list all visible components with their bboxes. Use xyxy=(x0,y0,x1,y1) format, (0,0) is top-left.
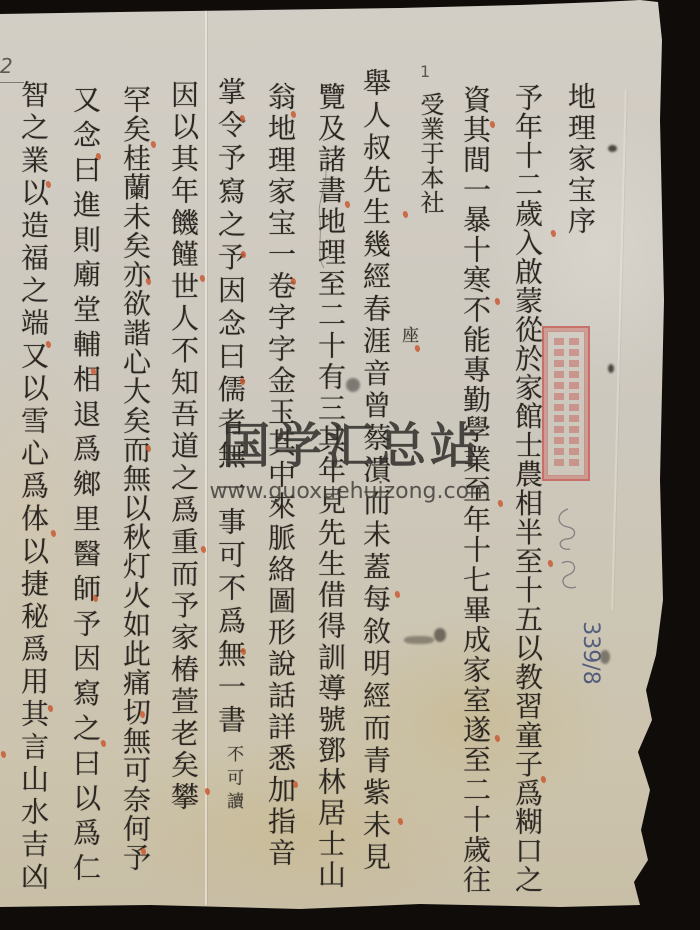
red-punctuation-mark xyxy=(394,590,401,598)
ink-stain xyxy=(608,145,617,152)
paper-crease xyxy=(611,90,627,610)
text-column-9: 罕矣桂蘭未矣亦欲諧心大矣而無以秋灯火如此痛切無可奈何予 xyxy=(118,85,152,871)
seal-glyphs xyxy=(569,338,579,469)
watermark-url: www.guoxuehuizong.com xyxy=(200,478,500,506)
seal-glyphs xyxy=(554,338,564,469)
catalog-mark: 339/8 xyxy=(577,608,603,698)
red-punctuation-mark xyxy=(550,229,557,237)
page-number: 2 xyxy=(0,54,13,78)
interlinear-note: 不可讀 xyxy=(223,745,243,809)
ink-stain xyxy=(346,378,360,392)
text-column-1: 予年十二歲入啟蒙從於家館士農相半至十五以教習童子爲糊口之 xyxy=(510,83,544,893)
red-punctuation-mark xyxy=(494,734,501,742)
red-punctuation-mark xyxy=(402,210,409,218)
library-seal xyxy=(542,326,590,481)
paper-crease xyxy=(205,10,207,905)
side-note: 座 xyxy=(398,326,418,346)
ink-stain xyxy=(404,636,434,644)
red-punctuation-mark xyxy=(0,750,7,758)
text-column-3: 受業于本社 xyxy=(416,92,444,214)
ink-stain xyxy=(608,364,614,373)
page-number-underline xyxy=(0,82,24,83)
red-punctuation-mark xyxy=(414,344,421,352)
ink-stain xyxy=(600,650,610,664)
text-column-8: 因以其年饑饉世人不知吾道之爲重而予家椿萱老矣攀 xyxy=(166,80,200,810)
marginal-number: 1 xyxy=(420,62,430,81)
red-punctuation-mark xyxy=(50,529,57,537)
text-column-7: 掌令予寫之予因念曰儒者無一事可不爲無一書 xyxy=(213,77,247,733)
pencil-bracket-icon xyxy=(312,160,332,270)
ink-stain xyxy=(434,628,446,642)
text-column-11: 智之業以造福之端又以雪心爲体以捷秘爲用其言山水吉凶 xyxy=(16,80,50,890)
text-column-6: 翁地理家宝一卷字字金玉其中來脈絡圖形說話詳悉加指音 xyxy=(263,82,297,866)
document-title: 地理家宝序 xyxy=(563,82,597,234)
red-punctuation-mark xyxy=(397,817,404,825)
red-punctuation-mark xyxy=(494,297,501,305)
manuscript-page: 地理家宝序 予年十二歲入啟蒙從於家館士農相半至十五以教習童子爲糊口之 資其間一暴… xyxy=(0,0,700,930)
watermark-title: 国学汇总站 xyxy=(218,418,486,474)
text-column-10: 又念曰進則廟堂輔相退爲鄉里醫師予因寫之曰以爲仁 xyxy=(68,85,102,881)
pencil-squiggle-icon xyxy=(548,505,588,605)
